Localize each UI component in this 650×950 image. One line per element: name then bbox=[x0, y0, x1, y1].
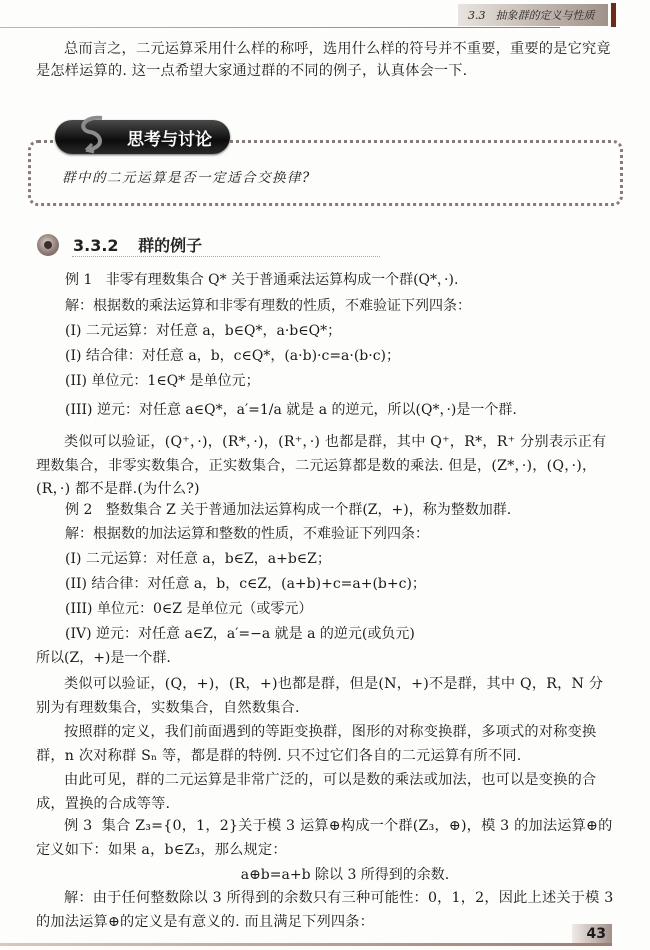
section-dotted-rule bbox=[72, 256, 380, 257]
example3-formula: a⊕b=a+b 除以 3 所得到的余数. bbox=[0, 864, 650, 884]
example1-item-2: (I) 结合律：对任意 a，b，c∈Q*，(a·b)·c=a·(b·c)； bbox=[65, 346, 400, 366]
header-rule bbox=[0, 27, 560, 28]
section-title: 群的例子 bbox=[138, 236, 202, 255]
section-bullet-icon bbox=[37, 234, 59, 256]
similar-paragraph-2: 类似可以验证，(Q，+)，(R，+)也都是群，但是(N，+)不是群，其中 Q，R… bbox=[36, 672, 616, 720]
intro-paragraph: 总而言之，二元运算采用什么样的称呼，选用什么样的符号并不重要，重要的是它究竟是怎… bbox=[36, 38, 616, 82]
example2-item-1: (I) 二元运算：对任意 a，b∈Z，a+b∈Z； bbox=[65, 549, 331, 569]
example3-solution: 解：由于任何整数除以 3 所得到的余数只有三种可能性：0，1，2，因此上述关于模… bbox=[36, 886, 616, 934]
example1-item-1: (I) 二元运算：对任意 a，b∈Q*，a·b∈Q*； bbox=[65, 321, 341, 341]
think-discuss-question: 群中的二元运算是否一定适合交换律? bbox=[62, 166, 311, 186]
page-number: 43 bbox=[572, 924, 612, 943]
header-section-number: 3.3 bbox=[468, 9, 486, 22]
running-header: 3.3 抽象群的定义与性质 bbox=[458, 4, 608, 26]
example1-item-3: (II) 单位元：1∈Q* 是单位元； bbox=[65, 371, 260, 391]
example2-item-4: (IV) 逆元：对任意 a∈Z，a′=−a 就是 a 的逆元(或负元) bbox=[65, 624, 415, 644]
example3-text: 集合 Z₃={0，1，2}关于模 3 运算⊕构成一个群(Z₃，⊕)，模 3 的加… bbox=[36, 818, 613, 858]
header-section-title: 抽象群的定义与性质 bbox=[496, 7, 595, 23]
think-discuss-label: 思考与讨论 bbox=[127, 125, 212, 150]
example2-conclusion: 所以(Z，+)是一个群. bbox=[36, 648, 171, 668]
example2-item-3: (III) 单位元：0∈Z 是单位元（或零元） bbox=[65, 599, 312, 619]
example2-text: 整数集合 Z 关于普通加法运算构成一个群(Z，+)，称为整数加群. bbox=[106, 502, 511, 518]
header-accent-bar bbox=[611, 3, 616, 27]
example2-solution-intro: 解：根据数的加法运算和整数的性质，不难验证下列四条： bbox=[65, 524, 429, 544]
similar-paragraph-1: 类似可以验证，(Q⁺，·)，(R*，·)，(R⁺，·) 也都是群，其中 Q⁺，R… bbox=[36, 431, 616, 502]
example3-statement: 例 3 集合 Z₃={0，1，2}关于模 3 运算⊕构成一个群(Z₃，⊕)，模 … bbox=[36, 814, 616, 862]
example1-text: 非零有理数集合 Q* 关于普通乘法运算构成一个群(Q*，·). bbox=[106, 272, 459, 288]
example1-label: 例 1 bbox=[65, 272, 92, 288]
example2-item-2: (II) 结合律：对任意 a，b，c∈Z，(a+b)+c=a+(b+c)； bbox=[65, 574, 426, 594]
example3-label: 例 3 bbox=[64, 818, 92, 834]
section-heading: 3.3.2 群的例子 bbox=[73, 233, 202, 256]
example1-statement: 例 1 非零有理数集合 Q* 关于普通乘法运算构成一个群(Q*，·). bbox=[65, 270, 458, 290]
footer-rule bbox=[0, 943, 612, 946]
example2-label: 例 2 bbox=[65, 502, 92, 518]
definition-paragraph: 按照群的定义，我们前面遇到的等距变换群，图形的对称变换群，多项式的对称变换群，n… bbox=[36, 720, 616, 768]
swirl-arrows-icon bbox=[72, 112, 116, 156]
example1-solution-intro: 解：根据数的乘法运算和非零有理数的性质，不难验证下列四条： bbox=[65, 296, 471, 316]
example2-statement: 例 2 整数集合 Z 关于普通加法运算构成一个群(Z，+)，称为整数加群. bbox=[65, 500, 511, 520]
conclusion-paragraph: 由此可见，群的二元运算是非常广泛的，可以是数的乘法或加法，也可以是变换的合成，置… bbox=[36, 768, 616, 816]
example1-item-4: (III) 逆元：对任意 a∈Q*，a′=1/a 就是 a 的逆元，所以(Q*，… bbox=[65, 400, 517, 420]
section-number: 3.3.2 bbox=[73, 236, 119, 255]
